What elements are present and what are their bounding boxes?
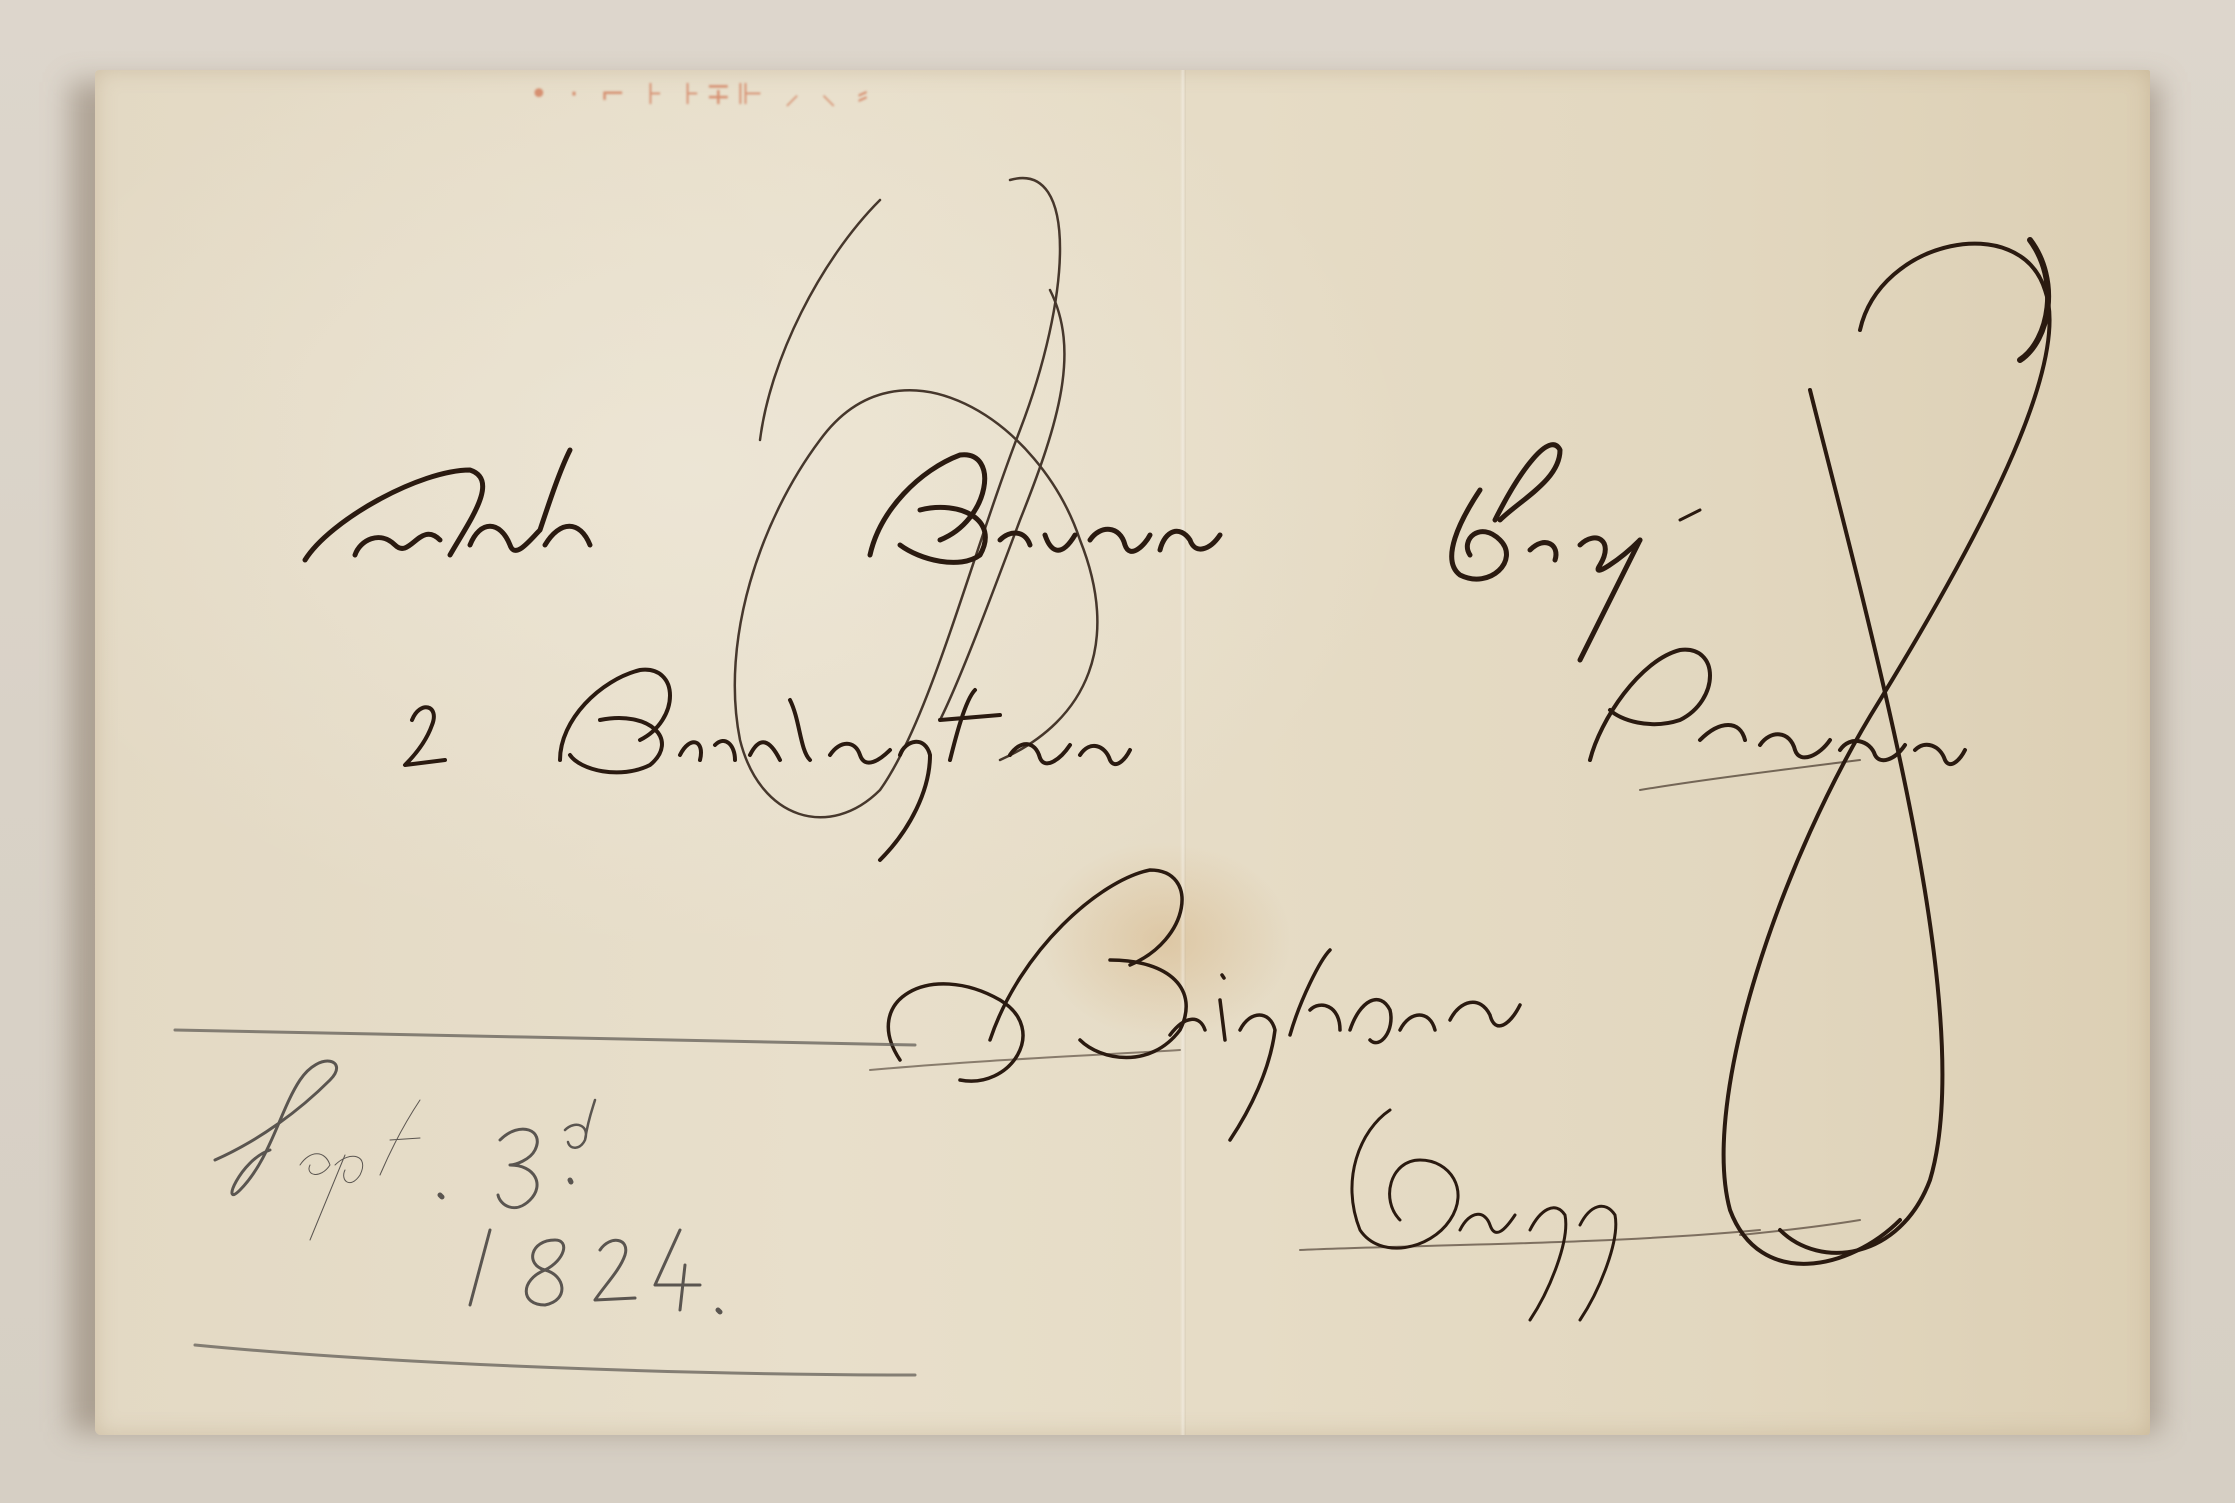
town: Brighton bbox=[880, 930, 1371, 1058]
county: Sussex bbox=[1320, 1130, 1636, 1235]
street-address: 2 Burlington Place bbox=[400, 655, 1203, 754]
docket-year: 1824 bbox=[470, 1220, 686, 1319]
red-postmark: • · ⌐ ⊦ ⊦∓⊩ ⸝ ⸜ ⸗ bbox=[530, 72, 874, 113]
docket-date: Sept. 3d bbox=[215, 1080, 575, 1179]
recipient-name: Richd. Bevan Esqr bbox=[300, 455, 1143, 560]
postage-numeral: 8 bbox=[1700, 250, 2145, 950]
